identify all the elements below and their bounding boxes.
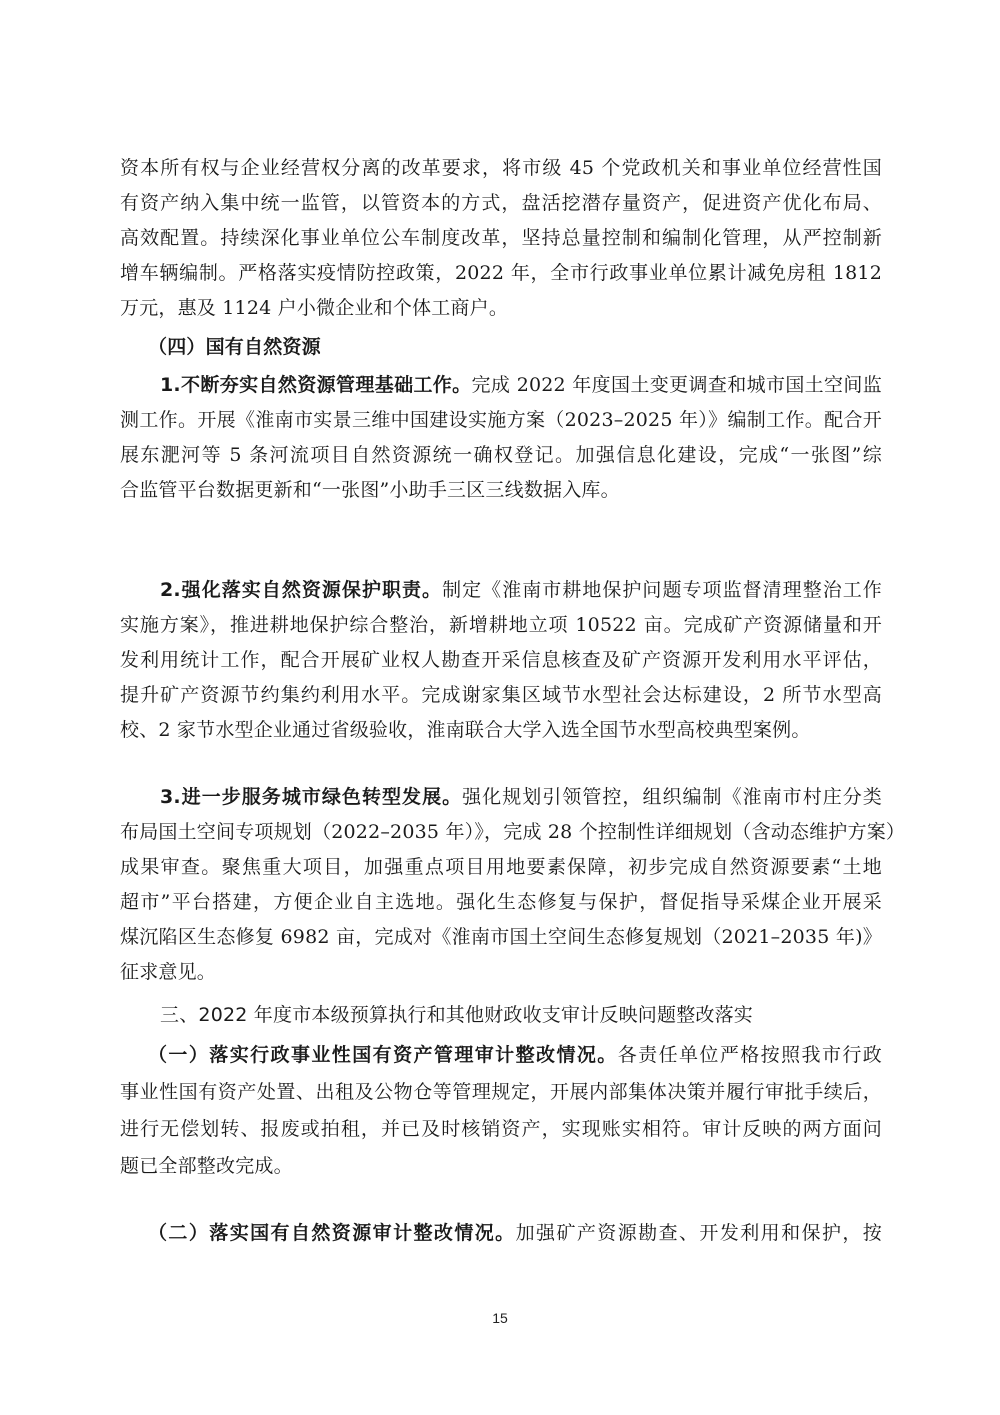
- text-line: 题已全部整改完成。: [120, 1151, 882, 1181]
- paragraph-first-line: （二）落实国有自然资源审计整改情况。加强矿产资源勘查、开发利用和保护，按: [148, 1218, 882, 1248]
- paragraph-lead: （二）落实国有自然资源审计整改情况。: [148, 1222, 516, 1244]
- text-line: 资本所有权与企业经营权分离的改革要求，将市级 45 个党政机关和事业单位经营性国: [120, 153, 882, 183]
- paragraph-lead: 3.进一步服务城市绿色转型发展。: [160, 786, 462, 808]
- text-line: 高效配置。持续深化事业单位公车制度改革，坚持总量控制和编制化管理，从严控制新: [120, 223, 882, 253]
- document-page: 资本所有权与企业经营权分离的改革要求，将市级 45 个党政机关和事业单位经营性国…: [0, 0, 1000, 1415]
- paragraph-lead: （一）落实行政事业性国有资产管理审计整改情况。: [148, 1044, 618, 1066]
- text-line: 有资产纳入集中统一监管，以管资本的方式，盘活挖潜存量资产，促进资产优化布局、: [120, 188, 882, 218]
- text-span: 完成 2022 年度国土变更调查和城市国土空间监: [472, 374, 882, 396]
- paragraph-first-line: 3.进一步服务城市绿色转型发展。强化规划引领管控，组织编制《淮南市村庄分类: [160, 782, 882, 812]
- text-line: 事业性国有资产处置、出租及公物仓等管理规定，开展内部集体决策并履行审批手续后，: [120, 1077, 882, 1107]
- text-line: 测工作。开展《淮南市实景三维中国建设实施方案（2023–2025 年）》编制工作…: [120, 405, 882, 435]
- paragraph-first-line: （一）落实行政事业性国有资产管理审计整改情况。各责任单位严格按照我市行政: [148, 1040, 882, 1070]
- text-line: 展东淝河等 5 条河流项目自然资源统一确权登记。加强信息化建设，完成“一张图”综: [120, 440, 882, 470]
- section-heading: 三、2022 年度市本级预算执行和其他财政收支审计反映问题整改落实: [160, 1000, 882, 1030]
- text-line: 煤沉陷区生态修复 6982 亩，完成对《淮南市国土空间生态修复规划（2021–2…: [120, 922, 882, 952]
- paragraph-first-line: 1.不断夯实自然资源管理基础工作。完成 2022 年度国土变更调查和城市国土空间…: [160, 370, 882, 400]
- text-line: 增车辆编制。严格落实疫情防控政策，2022 年，全市行政事业单位累计减免房租 1…: [120, 258, 882, 288]
- text-line: 布局国土空间专项规划（2022–2035 年）》，完成 28 个控制性详细规划（…: [120, 817, 882, 847]
- text-line: 超市”平台搭建，方便企业自主选地。强化生态修复与保护，督促指导采煤企业开展采: [120, 887, 882, 917]
- text-line: 实施方案》，推进耕地保护综合整治，新增耕地立项 10522 亩。完成矿产资源储量…: [120, 610, 882, 640]
- paragraph-first-line: 2.强化落实自然资源保护职责。制定《淮南市耕地保护问题专项监督清理整治工作: [160, 575, 882, 605]
- text-span: 强化规划引领管控，组织编制《淮南市村庄分类: [462, 786, 882, 808]
- text-line: 提升矿产资源节约集约利用水平。完成谢家集区域节水型社会达标建设，2 所节水型高: [120, 680, 882, 710]
- paragraph-lead: 2.强化落实自然资源保护职责。: [160, 579, 442, 601]
- text-span: 各责任单位严格按照我市行政: [618, 1044, 882, 1066]
- subsection-heading: （四）国有自然资源: [148, 332, 870, 362]
- text-line: 成果审查。聚焦重大项目，加强重点项目用地要素保障，初步完成自然资源要素“土地: [120, 852, 882, 882]
- text-line: 发利用统计工作，配合开展矿业权人勘查开采信息核查及矿产资源开发利用水平评估，: [120, 645, 882, 675]
- text-line: 合监管平台数据更新和“一张图”小助手三区三线数据入库。: [120, 475, 882, 505]
- page-number: 15: [0, 1310, 1000, 1326]
- paragraph-lead: 1.不断夯实自然资源管理基础工作。: [160, 374, 472, 396]
- text-span: 制定《淮南市耕地保护问题专项监督清理整治工作: [442, 579, 882, 601]
- text-line: 进行无偿划转、报废或拍租，并已及时核销资产，实现账实相符。审计反映的两方面问: [120, 1114, 882, 1144]
- text-line: 万元，惠及 1124 户小微企业和个体工商户。: [120, 293, 882, 323]
- text-line: 征求意见。: [120, 957, 882, 987]
- text-line: 校、2 家节水型企业通过省级验收，淮南联合大学入选全国节水型高校典型案例。: [120, 715, 882, 745]
- text-span: 加强矿产资源勘查、开发利用和保护，按: [516, 1222, 882, 1244]
